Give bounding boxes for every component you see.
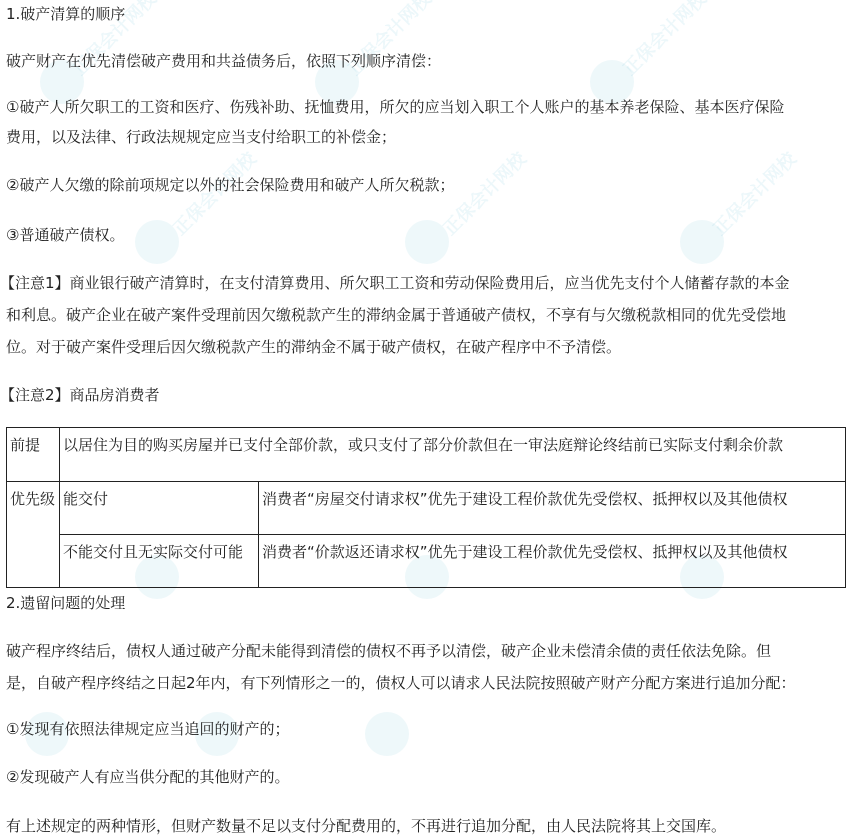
homebuyer-priority-table: 前提 以居住为目的购买房屋并已支付全部价款，或只支付了部分价款但在一审法庭辩论终… [6, 427, 846, 588]
section1-item1-line2: 费用，以及法律、行政法规规定应当支付给职工的补偿金； [6, 126, 396, 148]
result-deliverable: 消费者“房屋交付请求权”优先于建设工程价款优先受偿权、抵押权以及其他债权 [259, 482, 846, 535]
section2-para-line2: 是，自破产程序终结之日起2年内，有下列情形之一的，债权人可以请求人民法院按照破产… [6, 672, 796, 694]
premise-label: 前提 [7, 428, 60, 482]
section2-heading: 2.遗留问题的处理 [6, 592, 125, 614]
watermark-logo-icon [365, 712, 409, 756]
note1-line1: 【注意1】商业银行破产清算时，在支付清算费用、所欠职工工资和劳动保险费用后，应当… [0, 272, 790, 294]
premise-content: 以居住为目的购买房屋并已支付全部价款，或只支付了部分价款但在一审法庭辩论终结前已… [60, 428, 846, 482]
table-row: 不能交付且无实际交付可能 消费者“价款返还请求权”优先于建设工程价款优先受偿权、… [7, 535, 846, 588]
section2-para-line1: 破产程序终结后，债权人通过破产分配未能得到清偿的债权不再予以清偿，破产企业未偿清… [6, 640, 771, 662]
table-row: 前提 以居住为目的购买房屋并已支付全部价款，或只支付了部分价款但在一审法庭辩论终… [7, 428, 846, 482]
watermark-logo-icon [405, 220, 449, 264]
section2-item1: ①发现有依照法律规定应当追回的财产的； [6, 718, 289, 740]
watermark-logo-icon [135, 220, 179, 264]
section1-heading: 1.破产清算的顺序 [6, 3, 125, 25]
priority-label: 优先级 [7, 482, 60, 588]
section2-item2: ②发现破产人有应当供分配的其他财产的。 [6, 766, 289, 788]
table-row: 优先级 能交付 消费者“房屋交付请求权”优先于建设工程价款优先受偿权、抵押权以及… [7, 482, 846, 535]
section2-closing: 有上述规定的两种情形，但财产数量不足以支付分配费用的，不再进行追加分配，由人民法… [6, 815, 726, 837]
result-not-deliverable: 消费者“价款返还请求权”优先于建设工程价款优先受偿权、抵押权以及其他债权 [259, 535, 846, 588]
watermark-text: 正保会计网校 [617, 0, 712, 80]
section1-item1-line1: ①破产人所欠职工的工资和医疗、伤残补助、抚恤费用，所欠的应当划入职工个人账户的基… [6, 96, 784, 118]
section1-item3: ③普通破产债权。 [6, 224, 124, 246]
condition-not-deliverable: 不能交付且无实际交付可能 [60, 535, 259, 588]
section1-item2: ②破产人欠缴的除前项规定以外的社会保险费用和破产人所欠税款； [6, 174, 454, 196]
section1-intro: 破产财产在优先清偿破产费用和共益债务后，依照下列顺序清偿： [6, 50, 441, 72]
note2: 【注意2】商品房消费者 [0, 384, 160, 406]
condition-deliverable: 能交付 [60, 482, 259, 535]
note1-line3: 位。对于破产案件受理后因欠缴税款产生的滞纳金不属于破产债权，在破产程序中不予清偿… [6, 336, 621, 358]
watermark-logo-icon [680, 220, 724, 264]
watermark-text: 正保会计网校 [707, 146, 802, 241]
note1-line2: 和利息。破产企业在破产案件受理前因欠缴税款产生的滞纳金属于普通破产债权，不享有与… [6, 304, 786, 326]
